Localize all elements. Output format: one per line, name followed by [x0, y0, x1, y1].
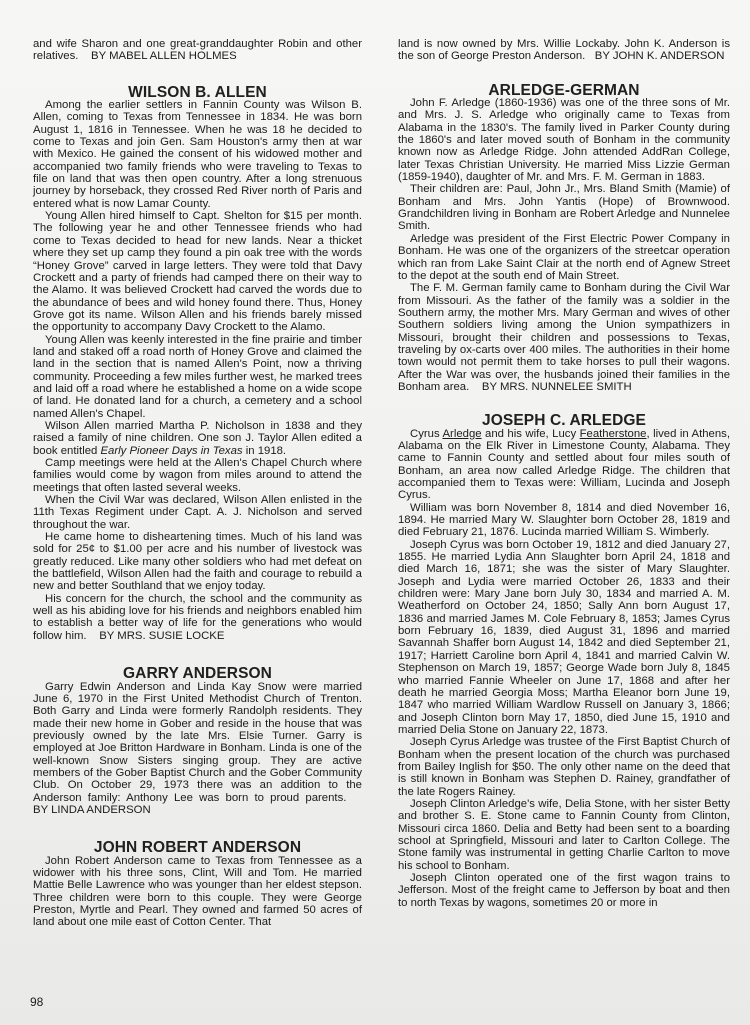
paragraph: John F. Arledge (1860-1936) was one of t…	[398, 97, 730, 183]
text-run: Garry Edwin Anderson and Linda Kay Snow …	[33, 681, 362, 804]
left-column: and wife Sharon and one great-granddaugh…	[33, 38, 362, 929]
continued-article: and wife Sharon and one great-granddaugh…	[33, 38, 362, 63]
book-page: and wife Sharon and one great-granddaugh…	[0, 0, 750, 1025]
paragraph: Joseph Clinton operated one of the first…	[398, 872, 730, 909]
paragraph: John Robert Anderson came to Texas from …	[33, 855, 362, 929]
underlined-name: Arledge	[442, 428, 481, 440]
paragraph: Young Allen hired himself to Capt. Shelt…	[33, 210, 362, 333]
paragraph: William was born November 8, 1814 and di…	[398, 502, 730, 539]
paragraph: Their children are: Paul, John Jr., Mrs.…	[398, 183, 730, 232]
article-wilson-b-allen: WILSON B. ALLEN Among the earlier settle…	[33, 87, 362, 642]
article-title: JOSEPH C. ARLEDGE	[398, 415, 730, 427]
paragraph: Arledge was president of the First Elect…	[398, 233, 730, 282]
paragraph: Joseph Clinton Arledge's wife, Delia Sto…	[398, 798, 730, 872]
text-run: and his wife, Lucy	[482, 428, 580, 440]
article-joseph-c-arledge: JOSEPH C. ARLEDGE Cyrus Arledge and his …	[398, 415, 730, 909]
article-garry-anderson: GARRY ANDERSON Garry Edwin Anderson and …	[33, 668, 362, 816]
paragraph: Among the earlier settlers in Fannin Cou…	[33, 99, 362, 210]
paragraph: Camp meetings were held at the Allen's C…	[33, 457, 362, 494]
paragraph: Joseph Cyrus Arledge was trustee of the …	[398, 736, 730, 798]
paragraph: His concern for the church, the school a…	[33, 593, 362, 642]
paragraph: Young Allen was keenly interested in the…	[33, 334, 362, 420]
paragraph: Garry Edwin Anderson and Linda Kay Snow …	[33, 681, 362, 817]
text-run: Cyrus	[410, 428, 442, 440]
right-column: land is now owned by Mrs. Willie Lockaby…	[398, 38, 730, 909]
paragraph: Wilson Allen married Martha P. Nicholson…	[33, 420, 362, 457]
paragraph: The F. M. German family came to Bonham d…	[398, 282, 730, 393]
article-title: JOHN ROBERT ANDERSON	[33, 842, 362, 854]
text-run: The F. M. German family came to Bonham d…	[398, 282, 730, 393]
paragraph: Cyrus Arledge and his wife, Lucy Feather…	[398, 428, 730, 502]
paragraph: Joseph Cyrus was born October 19, 1812 a…	[398, 539, 730, 737]
article-john-robert-anderson: JOHN ROBERT ANDERSON John Robert Anderso…	[33, 842, 362, 928]
byline: BY MRS. NUNNELEE SMITH	[482, 381, 632, 393]
article-title: WILSON B. ALLEN	[33, 87, 362, 99]
paragraph: When the Civil War was declared, Wilson …	[33, 494, 362, 531]
byline: BY JOHN K. ANDERSON	[595, 50, 725, 62]
page-number: 98	[30, 995, 43, 1009]
underlined-name: Featherstone	[580, 428, 647, 440]
byline: BY LINDA ANDERSON	[33, 804, 151, 816]
text-run: in 1918.	[243, 445, 287, 457]
byline: BY MABEL ALLEN HOLMES	[91, 50, 237, 62]
paragraph: He came home to disheartening times. Muc…	[33, 531, 362, 593]
book-title: Early Pioneer Days in Texas	[100, 445, 242, 457]
article-title: GARRY ANDERSON	[33, 668, 362, 680]
article-arledge-german: ARLEDGE-GERMAN John F. Arledge (1860-193…	[398, 85, 730, 394]
continued-article: land is now owned by Mrs. Willie Lockaby…	[398, 38, 730, 63]
byline: BY MRS. SUSIE LOCKE	[99, 630, 224, 642]
article-title: ARLEDGE-GERMAN	[398, 85, 730, 97]
